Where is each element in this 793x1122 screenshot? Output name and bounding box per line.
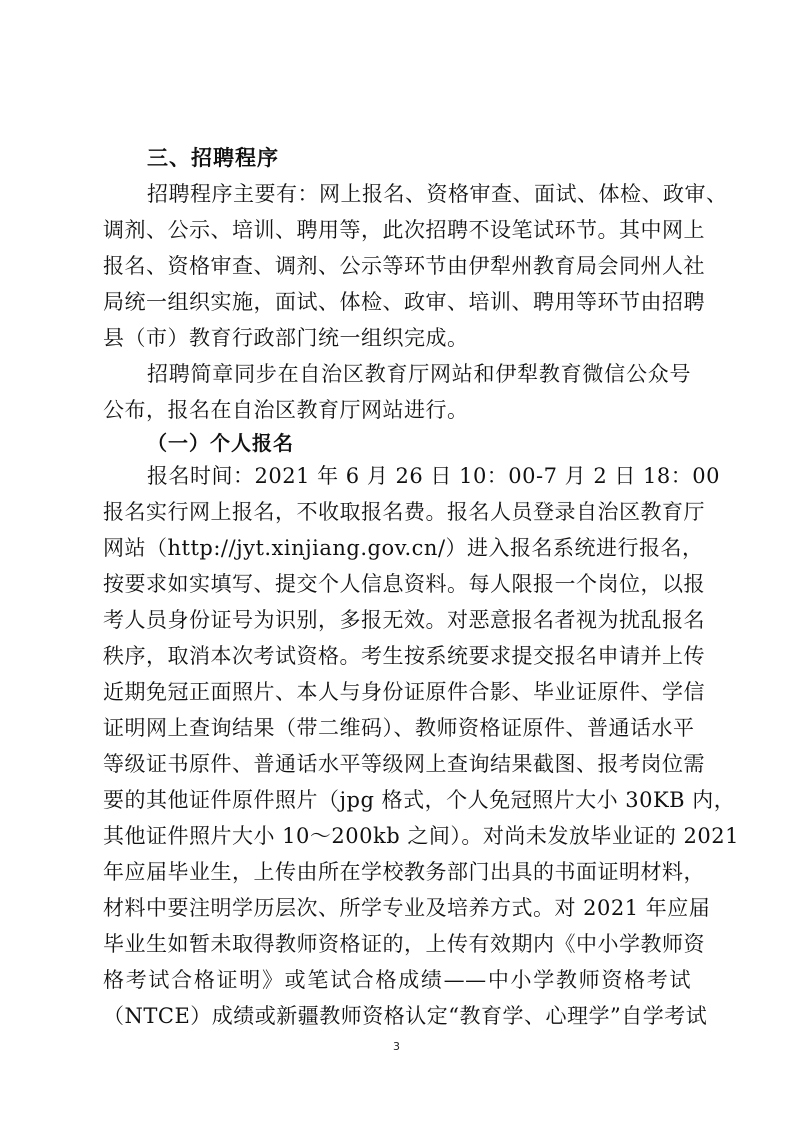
paragraph-registration-time: 报名时间：2021 年 6 月 26 日 10：00-7 月 2 日 18：00 xyxy=(103,458,691,494)
text-line: 调剂、公示、培训、聘用等，此次招聘不设笔试环节。其中网上 xyxy=(103,212,691,248)
text-line: 证明网上查询结果（带二维码）、教师资格证原件、普通话水平 xyxy=(103,710,691,746)
text-line: 按要求如实填写、提交个人信息资料。每人限报一个岗位，以报 xyxy=(103,566,691,602)
text-line: 公布，报名在自治区教育厅网站进行。 xyxy=(103,392,691,428)
text-line: 格考试合格证明》或笔试合格成绩——中小学教师资格考试 xyxy=(103,962,691,998)
page-number: 3 xyxy=(0,1040,793,1053)
text-line: 近期免冠正面照片、本人与身份证原件合影、毕业证原件、学信 xyxy=(103,674,691,710)
text-line: （NTCE）成绩或新疆教师资格认定“教育学、心理学”自学考试 xyxy=(103,998,691,1034)
text-line: 秩序，取消本次考试资格。考生按系统要求提交报名申请并上传 xyxy=(103,638,691,674)
text-line: 年应届毕业生，上传由所在学校教务部门出具的书面证明材料， xyxy=(103,854,691,890)
text-line: 其他证件照片大小 10～200kb 之间）。对尚未发放毕业证的 2021 xyxy=(103,818,691,854)
text-line: 县（市）教育行政部门统一组织完成。 xyxy=(103,320,691,356)
text-line: 材料中要注明学历层次、所学专业及培养方式。对 2021 年应届 xyxy=(103,890,691,926)
paragraph-recruitment-procedure: 招聘程序主要有：网上报名、资格审查、面试、体检、政审、 调剂、公示、培训、聘用等… xyxy=(103,176,691,356)
document-page: 三、招聘程序 招聘程序主要有：网上报名、资格审查、面试、体检、政审、 调剂、公示… xyxy=(0,0,793,1122)
page-content: 三、招聘程序 招聘程序主要有：网上报名、资格审查、面试、体检、政审、 调剂、公示… xyxy=(103,140,691,1034)
paragraph-announcement: 招聘简章同步在自治区教育厅网站和伊犁教育微信公众号 公布，报名在自治区教育厅网站… xyxy=(103,356,691,428)
text-line: 要的其他证件原件照片（jpg 格式，个人免冠照片大小 30KB 内， xyxy=(103,782,691,818)
sub-heading-personal-registration: （一）个人报名 xyxy=(103,428,691,458)
text-line: 招聘简章同步在自治区教育厅网站和伊犁教育微信公众号 xyxy=(103,356,691,392)
text-line: 招聘程序主要有：网上报名、资格审查、面试、体检、政审、 xyxy=(103,176,691,212)
text-line: 报名实行网上报名，不收取报名费。报名人员登录自治区教育厅 xyxy=(103,494,691,530)
text-line: 报名、资格审查、调剂、公示等环节由伊犁州教育局会同州人社 xyxy=(103,248,691,284)
text-line: 网站（http://jyt.xinjiang.gov.cn/）进入报名系统进行报… xyxy=(103,530,691,566)
text-line: 考人员身份证号为识别，多报无效。对恶意报名者视为扰乱报名 xyxy=(103,602,691,638)
paragraph-registration-details: 报名实行网上报名，不收取报名费。报名人员登录自治区教育厅 网站（http://j… xyxy=(103,494,691,1034)
text-line: 毕业生如暂未取得教师资格证的，上传有效期内《中小学教师资 xyxy=(103,926,691,962)
section-heading: 三、招聘程序 xyxy=(103,140,691,176)
text-line: 局统一组织实施，面试、体检、政审、培训、聘用等环节由招聘 xyxy=(103,284,691,320)
text-line: 报名时间：2021 年 6 月 26 日 10：00-7 月 2 日 18：00 xyxy=(103,458,691,494)
text-line: 等级证书原件、普通话水平等级网上查询结果截图、报考岗位需 xyxy=(103,746,691,782)
